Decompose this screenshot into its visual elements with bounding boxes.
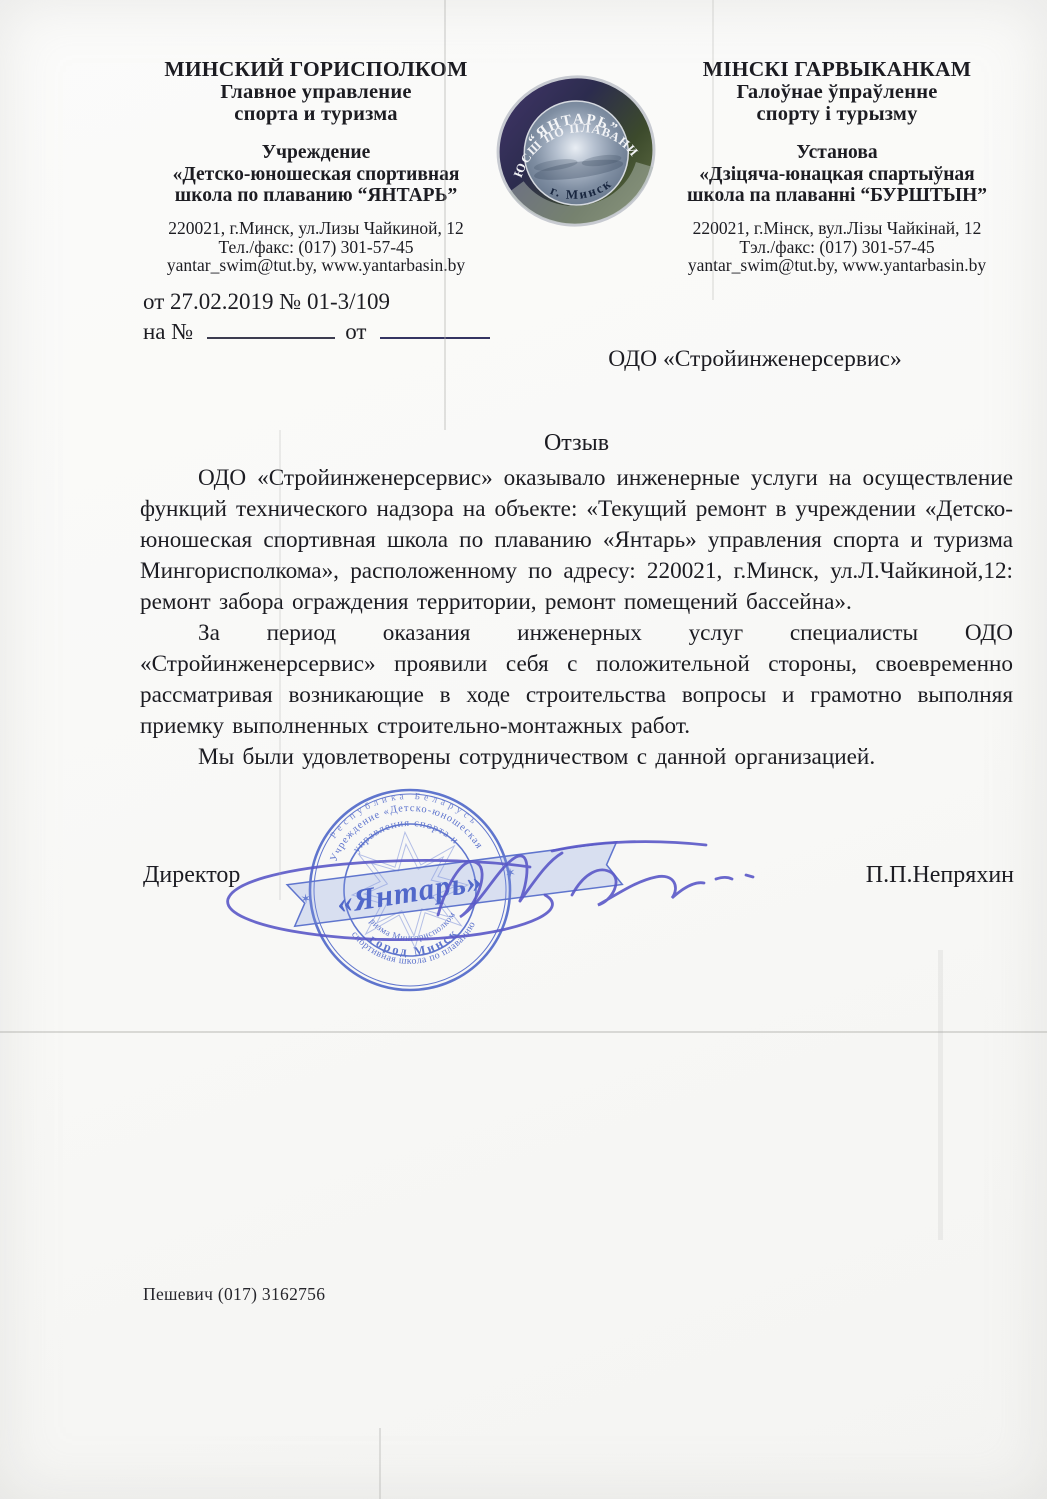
header-right-block: МІНСКІ ГАРВЫКАНКАМ Галоўнае ўпраўленне с… bbox=[658, 58, 1016, 275]
address-by: 220021, г.Мінск, вул.Лізы Чайкінай, 12 bbox=[658, 219, 1016, 238]
scanned-letter-page: МИНСКИЙ ГОРИСПОЛКОМ Главное управление с… bbox=[0, 0, 1047, 1499]
svg-text:спортивная школа по плаванию: спортивная школа по плаванию bbox=[348, 919, 481, 973]
stamp-ring-text-1: Учреждение «Детско-юношеская bbox=[324, 796, 485, 864]
stamp-ring-text-4: спортивная школа по плаванию bbox=[348, 919, 481, 973]
signature-row: Директор П.П.Непряхин bbox=[143, 862, 1014, 889]
addressee: ОДО «Стройинженерсервис» bbox=[555, 346, 955, 373]
stamp-star-left: ✶ bbox=[300, 891, 312, 907]
reply-prefix: на № bbox=[143, 319, 193, 344]
paragraph-3: Мы были удовлетворены сотрудничеством с … bbox=[140, 742, 1013, 773]
address-ru: 220021, г.Минск, ул.Лизы Чайкиной, 12 bbox=[140, 219, 492, 238]
reply-to-line: на №от bbox=[143, 317, 623, 347]
fold-crease-horizontal bbox=[0, 1031, 1047, 1033]
institution-name-ru: «Детско-юношеская спортивная bbox=[140, 164, 492, 185]
phone-by: Тэл./факс: (017) 301-57-45 bbox=[658, 238, 1016, 257]
stamp-bottom-text: город Минск bbox=[366, 924, 463, 963]
school-logo-badge: ДЮСШ ПО ПЛАВАНИЮ “ЯНТАРЬ” г. Минск bbox=[494, 74, 658, 228]
stamp-ring-text-2: управления спорта и bbox=[349, 813, 461, 855]
reference-block: от 27.02.2019 № 01-3/109 на №от bbox=[143, 288, 623, 347]
signer-name: П.П.Непряхин bbox=[866, 862, 1014, 889]
paragraph-2: За период оказания инженерных услуг спец… bbox=[140, 618, 1013, 742]
institution-name2-by: школа па плаванні “БУРШТЫН” bbox=[658, 185, 1016, 206]
fold-crease-vertical-4 bbox=[938, 950, 943, 1240]
authority-name-ru: МИНСКИЙ ГОРИСПОЛКОМ bbox=[140, 58, 492, 81]
letter-body: ОДО «Стройинженерсервис» оказывало инжен… bbox=[140, 463, 1013, 773]
email-web-by: yantar_swim@tut.by, www.yantarbasin.by bbox=[658, 256, 1016, 275]
authority-dept-by: Галоўнае ўпраўленне bbox=[658, 81, 1016, 103]
institution-type-by: Установа bbox=[658, 142, 1016, 163]
outgoing-number: от 27.02.2019 № 01-3/109 bbox=[143, 288, 623, 317]
paragraph-1: ОДО «Стройинженерсервис» оказывало инжен… bbox=[140, 463, 1013, 618]
authority-dept-ru: Главное управление bbox=[140, 81, 492, 103]
logo-art: ДЮСШ ПО ПЛАВАНИЮ “ЯНТАРЬ” г. Минск bbox=[494, 74, 658, 228]
reply-on-label: от bbox=[345, 319, 366, 344]
handwritten-signature bbox=[200, 795, 800, 995]
svg-text:управления спорта и: управления спорта и bbox=[349, 813, 461, 855]
authority-name-by: МІНСКІ ГАРВЫКАНКАМ bbox=[658, 58, 1016, 81]
stamp-starburst bbox=[347, 827, 473, 953]
authority-dept2-by: спорту і турызму bbox=[658, 103, 1016, 125]
institution-type-ru: Учреждение bbox=[140, 142, 492, 163]
reply-date-blank bbox=[380, 317, 490, 339]
document-title: Отзыв bbox=[140, 430, 1013, 457]
fold-crease-vertical-5 bbox=[379, 1428, 381, 1499]
reply-number-blank bbox=[207, 317, 335, 339]
executor-contact: Пешевич (017) 3162756 bbox=[143, 1284, 325, 1305]
header-left-block: МИНСКИЙ ГОРИСПОЛКОМ Главное управление с… bbox=[140, 58, 492, 275]
official-stamp: Республика Беларусь Учреждение «Детско-ю… bbox=[270, 782, 670, 998]
institution-name2-ru: школа по плаванию “ЯНТАРЬ” bbox=[140, 185, 492, 206]
institution-name-by: «Дзіцяча-юнацкая спартыўная bbox=[658, 164, 1016, 185]
authority-dept2-ru: спорта и туризма bbox=[140, 103, 492, 125]
stamp-outer-text: Республика Беларусь bbox=[326, 786, 481, 842]
svg-text:Республика Беларусь: Республика Беларусь bbox=[326, 786, 481, 842]
svg-text:Учреждение «Детско-юношеская: Учреждение «Детско-юношеская bbox=[324, 796, 485, 864]
svg-text:город Минск: город Минск bbox=[366, 924, 463, 963]
signer-role: Директор bbox=[143, 862, 240, 889]
phone-ru: Тел./факс: (017) 301-57-45 bbox=[140, 238, 492, 257]
email-web-ru: yantar_swim@tut.by, www.yantarbasin.by bbox=[140, 256, 492, 275]
